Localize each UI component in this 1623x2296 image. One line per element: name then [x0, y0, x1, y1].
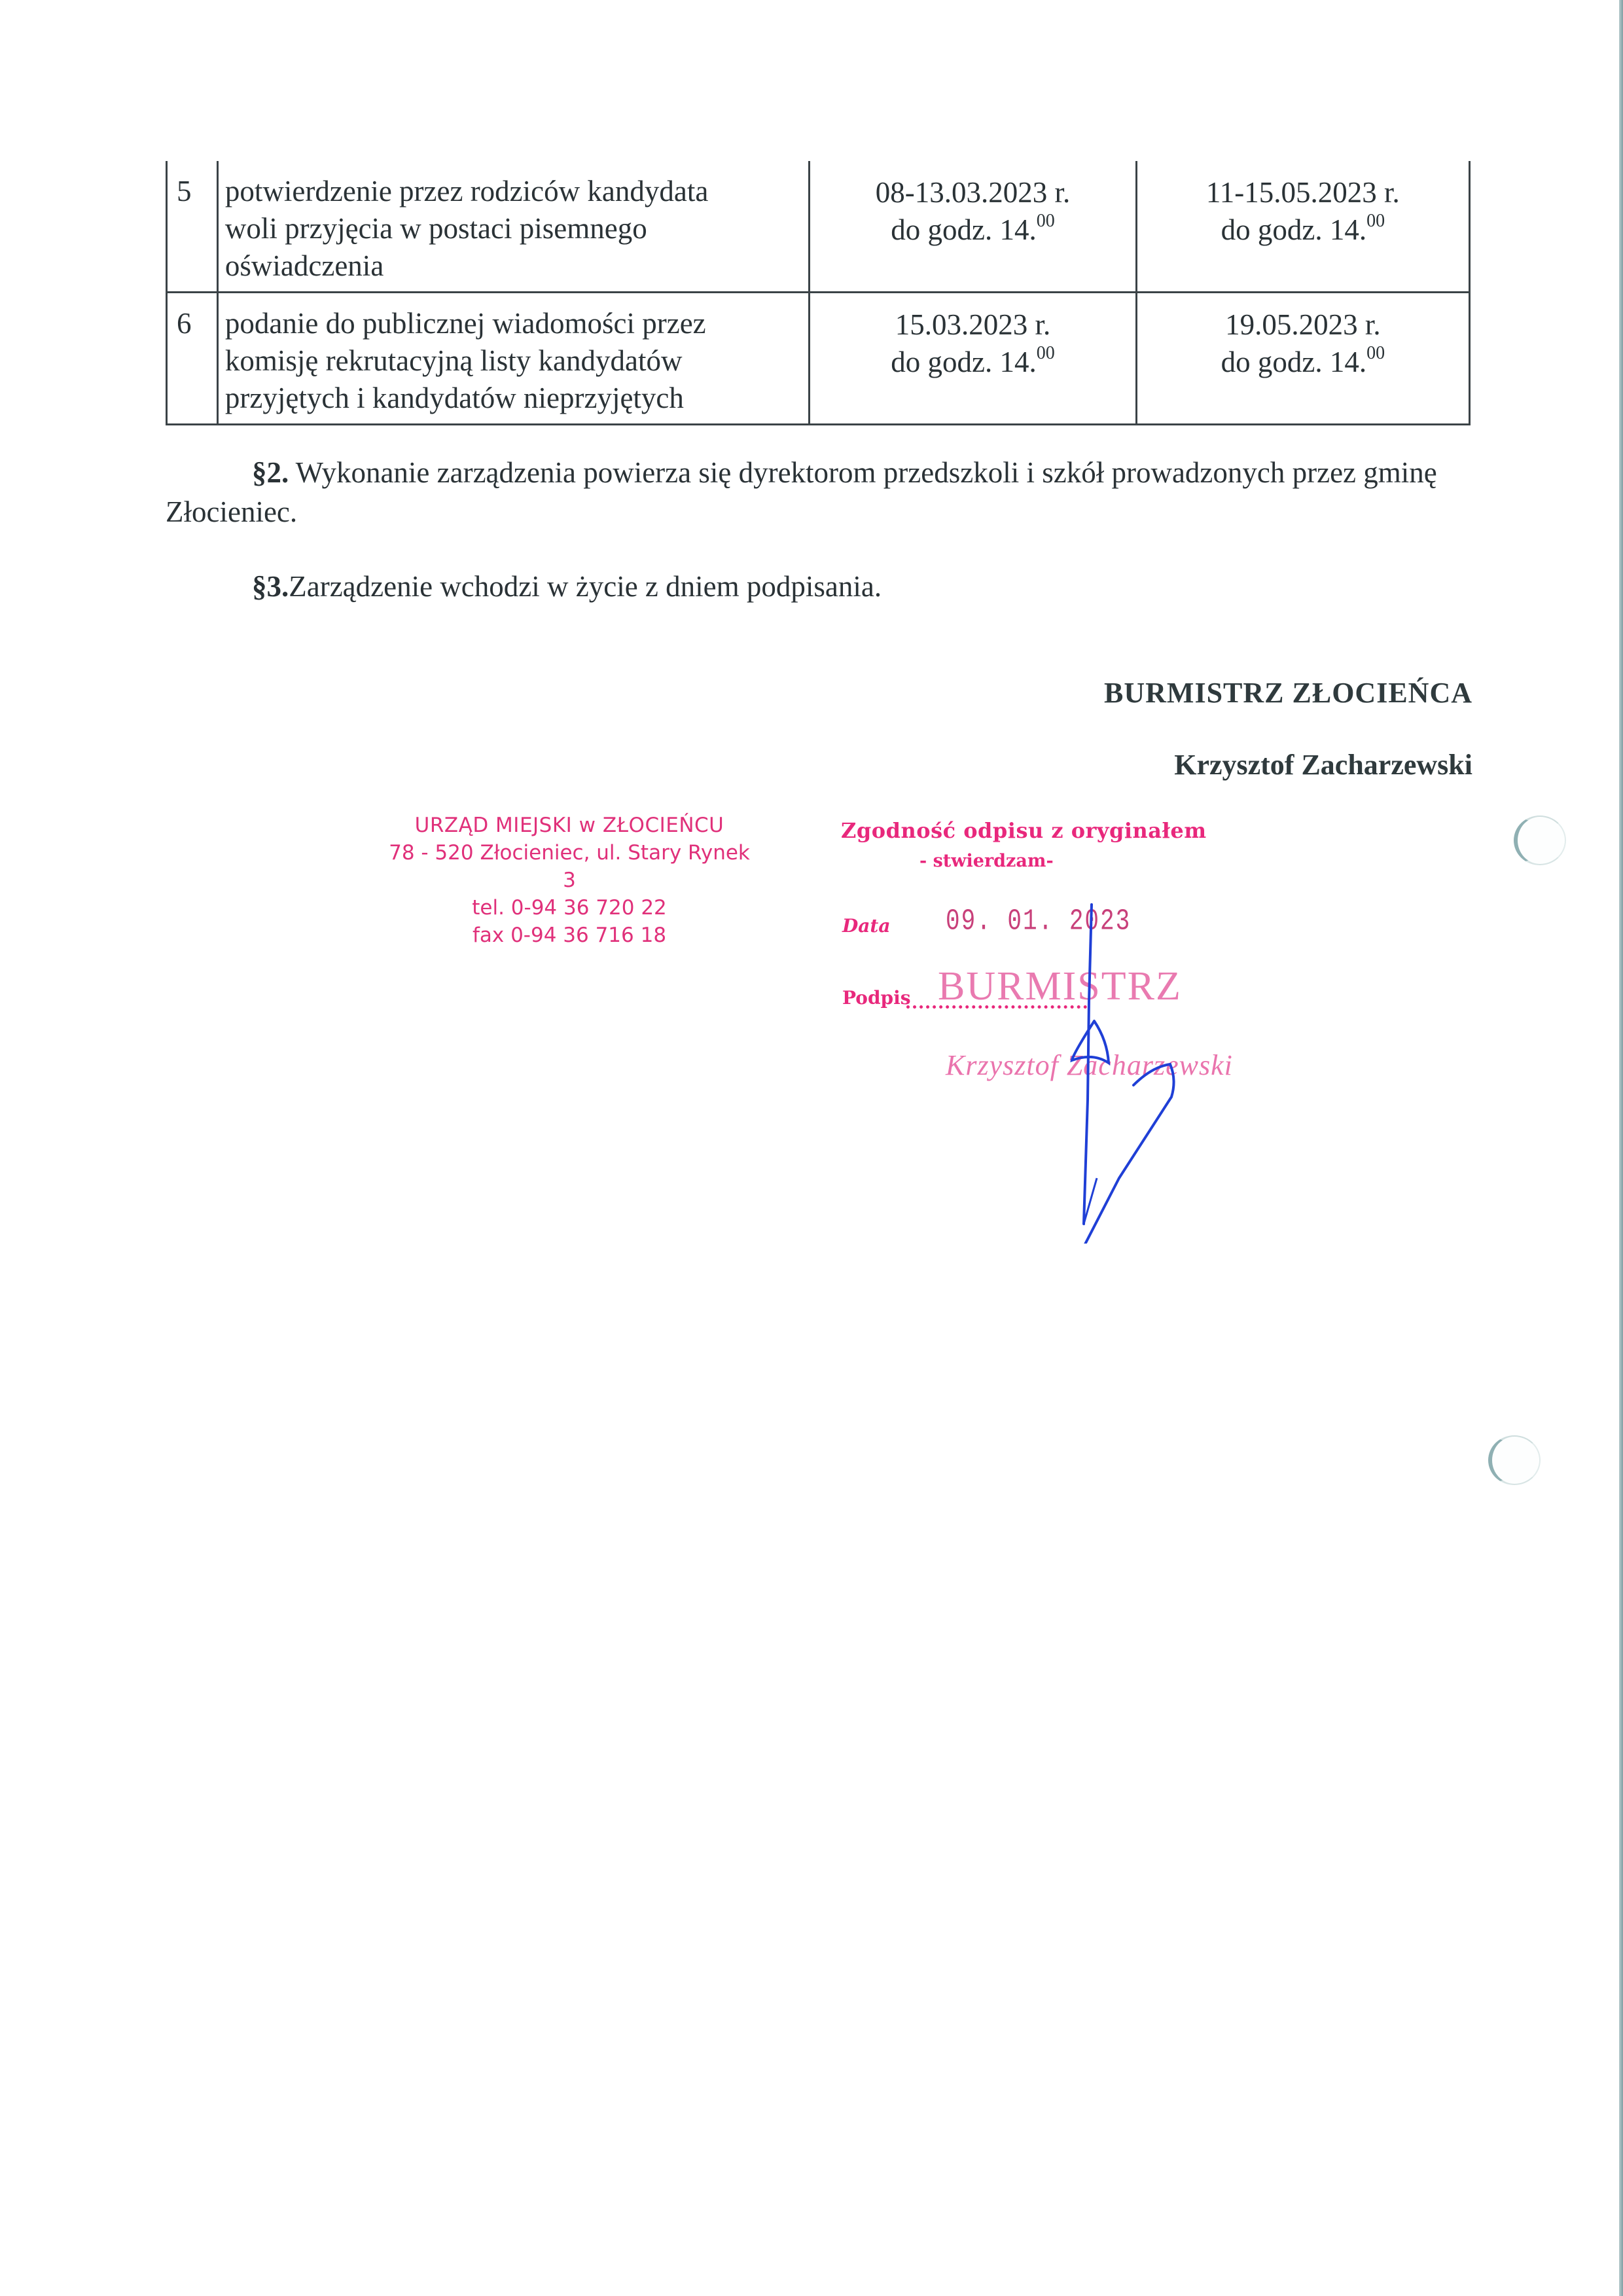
paragraph-3: §3.Zarządzenie wchodzi w życie z dniem p…	[252, 567, 882, 606]
time-minutes: 00	[1037, 211, 1055, 231]
row-number: 5	[167, 161, 218, 293]
time-text: do godz. 14.	[891, 213, 1036, 246]
row-number: 6	[167, 293, 218, 425]
cert-title: Zgodność odpisu z oryginałem	[841, 818, 1207, 843]
paragraph-mark: §3.	[252, 570, 289, 603]
signatory-title: BURMISTRZ ZŁOCIEŃCA	[1104, 676, 1472, 709]
office-stamp: URZĄD MIEJSKI w ZŁOCIEŃCU 78 - 520 Złoci…	[386, 812, 753, 949]
time-value: do godz. 14.00	[1137, 344, 1469, 381]
handwritten-signature	[1021, 903, 1217, 1244]
time-value: do godz. 14.00	[810, 211, 1135, 249]
page-edge	[1619, 0, 1623, 2296]
stamp-phone: tel. 0-94 36 720 22	[386, 894, 753, 922]
time-value: do godz. 14.00	[1137, 211, 1469, 249]
cert-subtitle: - stwierdzam-	[919, 851, 1054, 871]
stamp-fax: fax 0-94 36 716 18	[386, 922, 753, 949]
time-minutes: 00	[1366, 211, 1385, 231]
paragraph-mark: §2.	[252, 456, 289, 489]
supplementary-recruitment-date: 11-15.05.2023 r. do godz. 14.00	[1136, 161, 1469, 293]
description-line: potwierdzenie przez rodziców kandydata	[225, 173, 808, 210]
time-minutes: 00	[1037, 343, 1055, 363]
description-line: komisję rekrutacyjną listy kandydatów	[225, 342, 808, 380]
description-line: podanie do publicznej wiadomości przez	[225, 305, 808, 342]
punch-hole	[1514, 816, 1566, 865]
time-text: do godz. 14.	[1221, 346, 1366, 378]
table-row: 5 potwierdzenie przez rodziców kandydata…	[167, 161, 1470, 293]
description-line: oświadczenia	[225, 247, 808, 285]
schedule-table: 5 potwierdzenie przez rodziców kandydata…	[166, 161, 1471, 425]
paragraph-2: §2. Wykonanie zarządzenia powierza się d…	[166, 453, 1471, 531]
date-value: 19.05.2023 r.	[1137, 306, 1469, 344]
signatory-name: Krzysztof Zacharzewski	[1174, 748, 1472, 781]
description-line: woli przyjęcia w postaci pisemnego	[225, 210, 808, 247]
row-description: podanie do publicznej wiadomości przez k…	[217, 293, 809, 425]
paragraph-text: Wykonanie zarządzenia powierza się dyrek…	[166, 456, 1437, 528]
description-line: przyjętych i kandydatów nieprzyjętych	[225, 380, 808, 417]
time-value: do godz. 14.00	[810, 344, 1135, 381]
date-value: 08-13.03.2023 r.	[810, 174, 1135, 211]
time-text: do godz. 14.	[891, 346, 1036, 378]
stamp-office-name: URZĄD MIEJSKI w ZŁOCIEŃCU	[386, 812, 753, 839]
paragraph-text: Zarządzenie wchodzi w życie z dniem podp…	[289, 570, 882, 603]
time-minutes: 00	[1366, 343, 1385, 363]
table-row: 6 podanie do publicznej wiadomości przez…	[167, 293, 1470, 425]
main-recruitment-date: 15.03.2023 r. do godz. 14.00	[810, 293, 1136, 425]
row-description: potwierdzenie przez rodziców kandydata w…	[217, 161, 809, 293]
supplementary-recruitment-date: 19.05.2023 r. do godz. 14.00	[1136, 293, 1469, 425]
punch-hole	[1488, 1435, 1541, 1485]
cert-date-label: Data	[842, 915, 891, 937]
date-value: 15.03.2023 r.	[810, 306, 1135, 344]
cert-signature-label: Podpis	[842, 987, 911, 1009]
time-text: do godz. 14.	[1221, 213, 1366, 246]
main-recruitment-date: 08-13.03.2023 r. do godz. 14.00	[810, 161, 1136, 293]
date-value: 11-15.05.2023 r.	[1137, 174, 1469, 211]
stamp-address: 78 - 520 Złocieniec, ul. Stary Rynek 3	[386, 839, 753, 894]
